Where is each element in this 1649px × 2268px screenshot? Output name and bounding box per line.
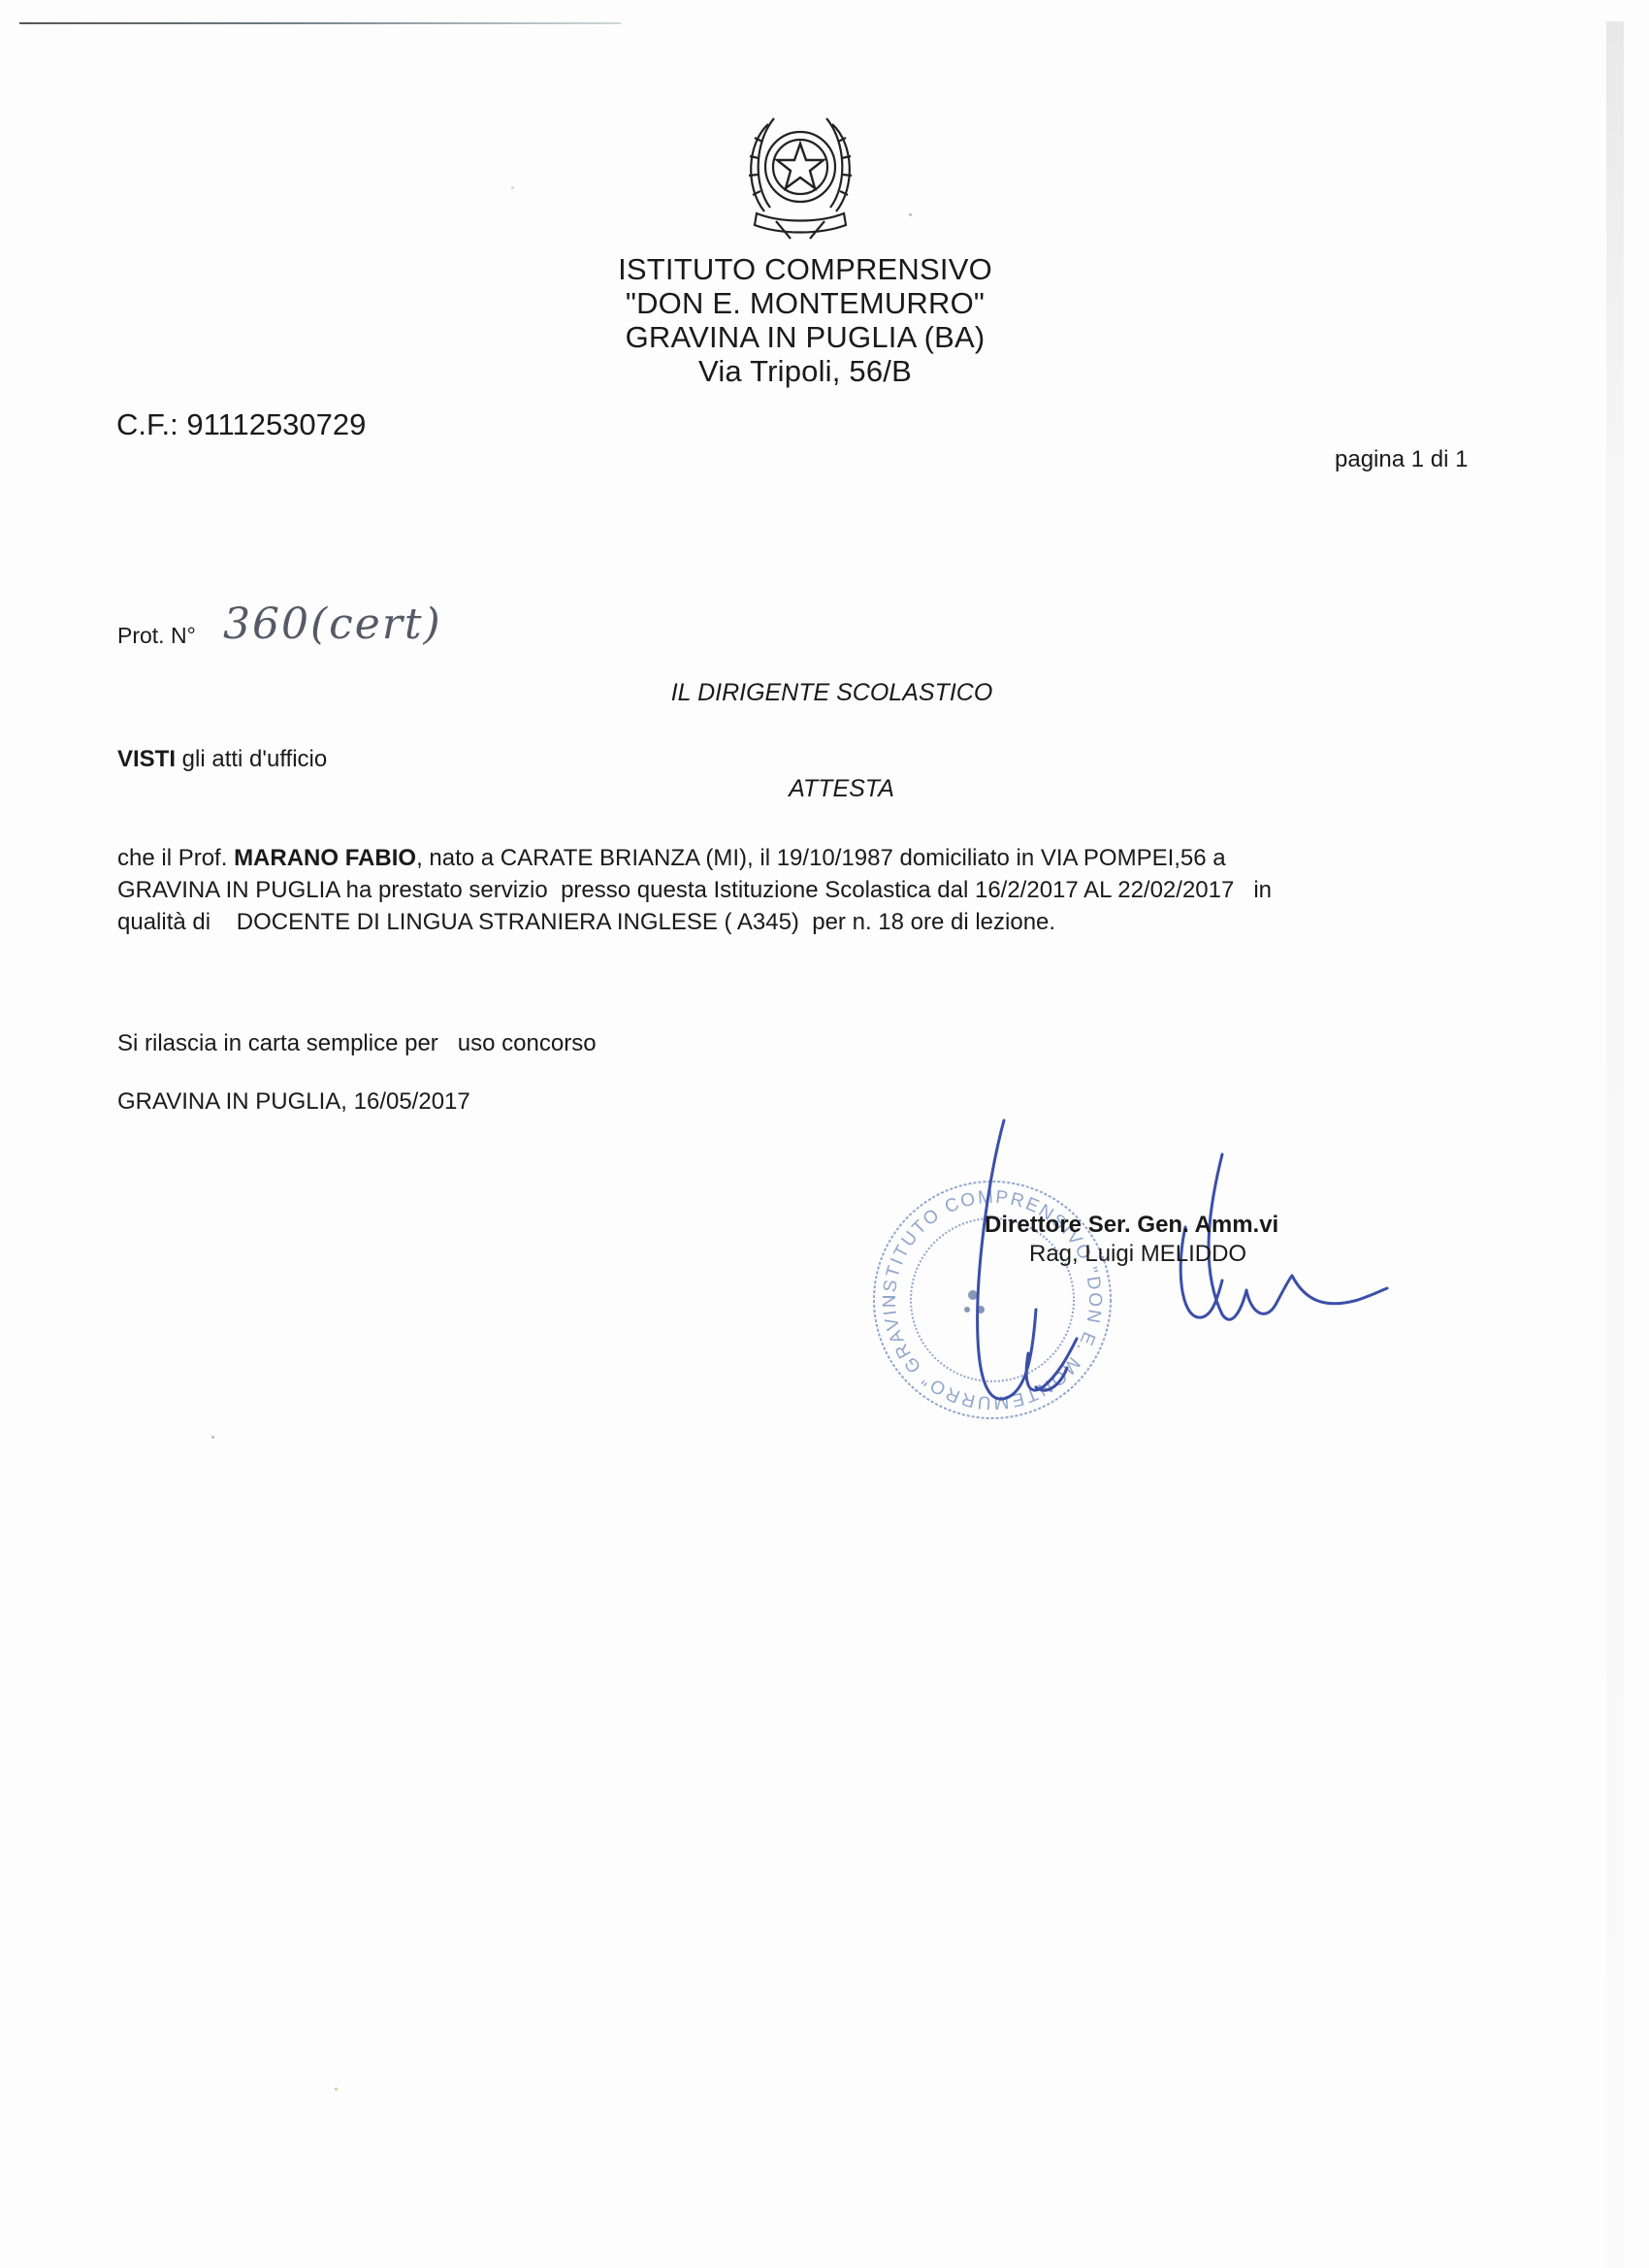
- institution-address: Via Tripoli, 56/B: [504, 354, 1106, 388]
- visti-rest: gli atti d'ufficio: [176, 746, 327, 772]
- signature-icon: [931, 1116, 1397, 1426]
- institution-city: GRAVINA IN PUGLIA (BA): [504, 320, 1106, 354]
- signatory-title: Direttore Ser. Gen. Amm.vi: [985, 1212, 1278, 1239]
- visti-bold: VISTI: [117, 746, 176, 772]
- scan-edge-line: [19, 22, 621, 24]
- attesta-heading: ATTESTA: [0, 775, 1649, 803]
- italian-republic-emblem-icon: [737, 105, 863, 241]
- signatory-name: Rag, Luigi MELIDDO: [1029, 1241, 1246, 1268]
- scan-speck: [511, 186, 514, 189]
- scan-edge-shadow: [1606, 21, 1624, 2268]
- scan-speck: [211, 1436, 214, 1439]
- issuer-title: IL DIRIGENTE SCOLASTICO: [0, 679, 1649, 707]
- institution-name: "DON E. MONTEMURRO": [504, 286, 1106, 320]
- page-indicator: pagina 1 di 1: [1335, 446, 1468, 473]
- body-line-1-suffix: , nato a CARATE BRIANZA (MI), il 19/10/1…: [416, 845, 1226, 871]
- attestation-body: che il Prof. MARANO FABIO, nato a CARATE…: [117, 842, 1495, 938]
- institution-header: ISTITUTO COMPRENSIVO "DON E. MONTEMURRO"…: [504, 252, 1106, 388]
- body-line-3: qualità di DOCENTE DI LINGUA STRANIERA I…: [117, 906, 1495, 938]
- scan-speck: [335, 2088, 338, 2090]
- body-line-1-prefix: che il Prof.: [117, 845, 227, 871]
- usage-note: Si rilascia in carta semplice per uso co…: [117, 1030, 597, 1057]
- protocol-label: Prot. N°: [117, 623, 196, 649]
- institution-type: ISTITUTO COMPRENSIVO: [504, 252, 1106, 286]
- person-name: MARANO FABIO: [234, 845, 416, 871]
- visti-line: VISTI gli atti d'ufficio: [117, 746, 327, 773]
- tax-code: C.F.: 91112530729: [116, 407, 366, 442]
- body-line-2: GRAVINA IN PUGLIA ha prestato servizio p…: [117, 874, 1495, 906]
- body-line-1: che il Prof. MARANO FABIO, nato a CARATE…: [117, 842, 1495, 874]
- scan-speck: [909, 213, 912, 216]
- protocol-number-handwritten: 360(cert): [223, 599, 442, 649]
- place-and-date: GRAVINA IN PUGLIA, 16/05/2017: [117, 1088, 470, 1116]
